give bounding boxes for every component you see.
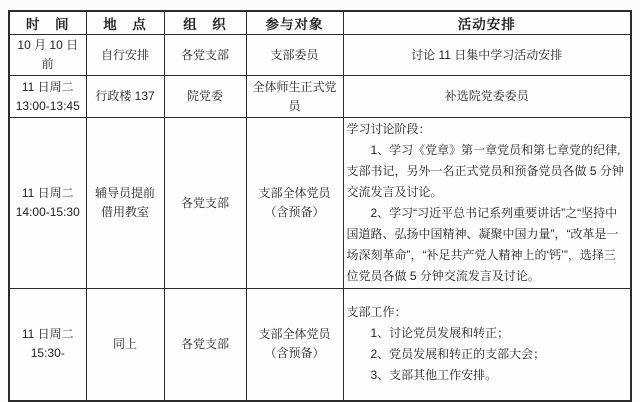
cell-participants: 支部委员 [246,35,343,76]
time-range: 13:00-13:45 [13,97,83,116]
col-header-location: 地 点 [86,11,164,35]
cell-time: 10 月 10 日前 [9,35,86,76]
activity-item: 2、党员发展和转正的支部大会； [347,344,628,365]
cell-activity: 讨论 11 日集中学习活动安排 [343,35,631,76]
table-row: 11 日周二 13:00-13:45 行政楼 137 院党委 全体师生正式党员 … [9,76,631,118]
cell-time: 11 日周二 13:00-13:45 [9,76,86,118]
cell-organization: 各党支部 [164,118,246,289]
cell-time: 11 日周二 14:00-15:30 [9,118,86,289]
cell-organization: 各党支部 [164,35,246,76]
cell-activity: 补选院党委委员 [343,76,631,118]
cell-time: 11 日周二 15:30- [9,289,86,388]
time-date: 11 日周二 [13,78,83,97]
activity-item: 2、学习“习近平总书记系列重要讲话”之“坚持中国道路、弘扬中国精神、凝聚中国力量… [347,203,628,287]
table-row: 11 日周二 15:30- 同上 各党支部 支部全体党员（含预备） 支部工作： … [9,289,631,388]
col-header-organization: 组 织 [164,11,246,35]
cell-participants: 全体师生正式党员 [246,76,343,118]
time-date: 11 日周二 [13,184,83,203]
table-row: 11 日周二 14:00-15:30 辅导员提前借用教室 各党支部 支部全体党员… [9,118,631,289]
col-header-time: 时 间 [9,11,86,35]
cell-location: 行政楼 137 [86,76,164,118]
col-header-activity: 活动安排 [343,11,631,35]
cell-location: 自行安排 [86,35,164,76]
cell-activity: 支部工作： 1、讨论党员发展和转正； 2、党员发展和转正的支部大会； 3、支部其… [343,289,631,388]
time-range: 14:00-15:30 [13,203,83,222]
cell-location: 同上 [86,289,164,388]
schedule-table: 时 间 地 点 组 织 参与对象 活动安排 10 月 10 日前 自行安排 各党… [8,10,632,387]
activity-item: 1、学习《党章》第一章党员和第七章党的纪律,支部书记，另外一名正式党员和预备党员… [347,140,628,203]
time-date: 11 日周二 [13,325,83,344]
table-row: 10 月 10 日前 自行安排 各党支部 支部委员 讨论 11 日集中学习活动安… [9,35,631,76]
activity-item: 1、讨论党员发展和转正； [347,323,628,344]
cell-organization: 各党支部 [164,289,246,388]
cell-participants: 支部全体党员（含预备） [246,289,343,388]
cell-participants: 支部全体党员（含预备） [246,118,343,289]
activity-section-title: 支部工作： [347,302,628,323]
table-header-row: 时 间 地 点 组 织 参与对象 活动安排 [9,11,631,35]
cell-location: 辅导员提前借用教室 [86,118,164,289]
col-header-participants: 参与对象 [246,11,343,35]
activity-section-title: 学习讨论阶段： [347,119,628,140]
activity-item: 3、支部其他工作安排。 [347,365,628,386]
cell-organization: 院党委 [164,76,246,118]
time-range: 15:30- [13,344,83,363]
schedule-document: 时 间 地 点 组 织 参与对象 活动安排 10 月 10 日前 自行安排 各党… [8,10,632,387]
cell-activity: 学习讨论阶段： 1、学习《党章》第一章党员和第七章党的纪律,支部书记，另外一名正… [343,118,631,289]
